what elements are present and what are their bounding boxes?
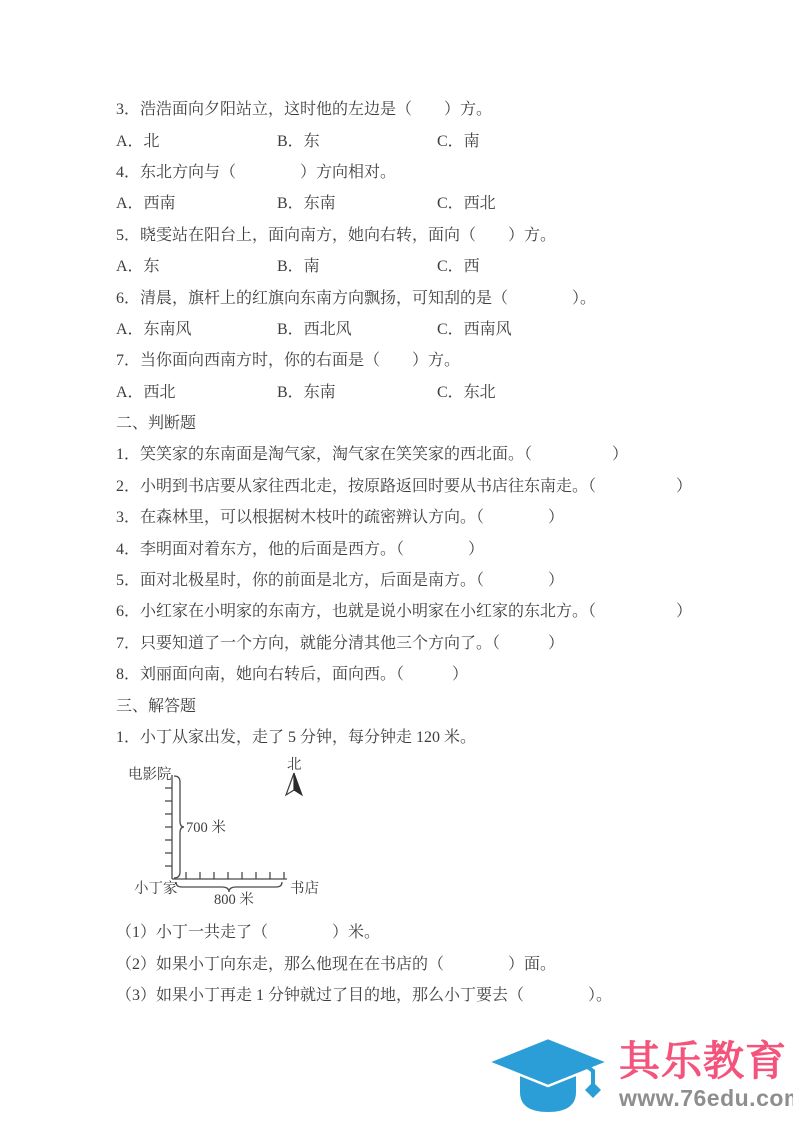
footer-text: 其乐教育 www.76edu.com: [619, 1040, 793, 1111]
judge-item-1: 1．笑笑家的东南面是淘气家，淘气家在笑笑家的西北面。（ ）: [116, 437, 716, 468]
option-3c: C．南: [437, 128, 716, 151]
judge-item-8: 8．刘丽面向南，她向右转后，面向西。（ ）: [116, 657, 716, 688]
footer-logo: 其乐教育 www.76edu.com: [486, 1036, 793, 1116]
question-stem-3: 3．浩浩面向夕阳站立，这时他的左边是（ ）方。: [116, 92, 716, 123]
worksheet-page: 3．浩浩面向夕阳站立，这时他的左边是（ ）方。 A．北 B．东 C．南 4．东北…: [0, 0, 793, 1122]
judge-item-6: 6．小红家在小明家的东南方，也就是说小明家在小红家的东北方。（ ）: [116, 594, 716, 625]
north-label: 北: [287, 756, 302, 773]
home-label: 小丁家: [134, 880, 178, 897]
judge-item-7: 7．只要知道了一个方向，就能分清其他三个方向了。（ ）: [116, 626, 716, 657]
bookstore-label: 书店: [290, 879, 319, 897]
option-3a: A．北: [116, 128, 277, 151]
sub-question-3: （3）如果小丁再走 1 分钟就过了目的地，那么小丁要去（ ）。: [116, 978, 716, 1009]
options-row-6: A．东南风 B．西北风 C．西南风: [116, 312, 716, 343]
distance-brace-700: [174, 776, 184, 878]
option-6c: C．西南风: [437, 316, 716, 339]
options-row-5: A．东 B．南 C．西: [116, 249, 716, 280]
judge-item-3: 3．在森林里，可以根据树木枝叶的疏密辨认方向。（ ）: [116, 500, 716, 531]
judge-item-5: 5．面对北极星时，你的前面是北方，后面是南方。（ ）: [116, 563, 716, 594]
horizontal-route-ticks: [186, 872, 284, 879]
question-stem-7: 7．当你面向西南方时，你的右面是（ ）方。: [116, 343, 716, 374]
option-5b: B．南: [277, 253, 437, 276]
judge-section-title: 二、判断题: [116, 406, 716, 437]
option-7b: B．东南: [277, 379, 437, 402]
option-7c: C．东北: [437, 379, 716, 402]
options-row-7: A．西北 B．东南 C．东北: [116, 375, 716, 406]
option-4b: B．东南: [277, 190, 437, 213]
question-stem-6: 6．清晨，旗杆上的红旗向东南方向飘扬，可知刮的是（ ）。: [116, 280, 716, 311]
option-3b: B．东: [277, 128, 437, 151]
sub-question-1: （1）小丁一共走了（ ）米。: [116, 915, 716, 946]
judge-item-2: 2．小明到书店要从家往西北走，按原路返回时要从书店往东南走。（ ）: [116, 469, 716, 500]
judge-item-4: 4．李明面对着东方，他的后面是西方。（ ）: [116, 531, 716, 562]
solve-question-intro: 1．小丁从家出发，走了 5 分钟，每分钟走 120 米。: [116, 720, 716, 751]
route-map: 700 米 800 米 电影院 小丁家: [116, 751, 716, 915]
option-7a: A．西北: [116, 379, 277, 402]
question-stem-5: 5．晓雯站在阳台上，面向南方，她向右转，面向（ ）方。: [116, 218, 716, 249]
cinema-label: 电影院: [128, 765, 172, 783]
option-4a: A．西南: [116, 190, 277, 213]
option-5c: C．西: [437, 253, 716, 276]
north-arrow-icon: [286, 773, 302, 795]
vertical-distance-label: 700 米: [186, 819, 226, 836]
options-row-4: A．西南 B．东南 C．西北: [116, 186, 716, 217]
question-stem-4: 4．东北方向与（ ）方向相对。: [116, 155, 716, 186]
option-5a: A．东: [116, 253, 277, 276]
graduation-cap-icon: [486, 1036, 612, 1116]
vertical-route-ticks: [165, 788, 172, 866]
worksheet-body: 3．浩浩面向夕阳站立，这时他的左边是（ ）方。 A．北 B．东 C．南 4．东北…: [116, 92, 716, 1009]
option-6b: B．西北风: [277, 316, 437, 339]
options-row-3: A．北 B．东 C．南: [116, 123, 716, 154]
solve-section-title: 三、解答题: [116, 688, 716, 719]
option-6a: A．东南风: [116, 316, 277, 339]
distance-brace-800: [176, 882, 282, 892]
sub-question-2: （2）如果小丁向东走，那么他现在在书店的（ ）面。: [116, 947, 716, 978]
horizontal-distance-label: 800 米: [214, 891, 254, 908]
route-map-svg: 700 米 800 米 电影院 小丁家: [118, 751, 368, 915]
option-4c: C．西北: [437, 190, 716, 213]
brand-name: 其乐教育: [619, 1040, 787, 1083]
brand-website[interactable]: www.76edu.com: [619, 1085, 793, 1112]
